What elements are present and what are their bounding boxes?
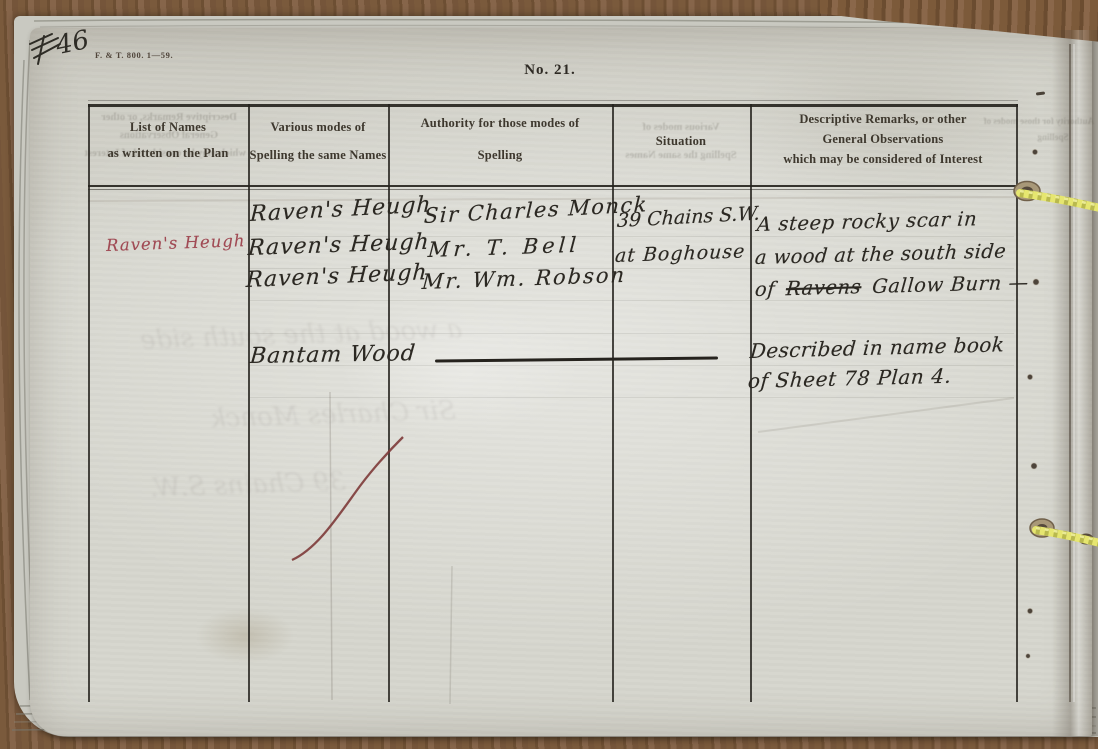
- col-header-names-1: List of Names: [88, 120, 248, 135]
- table-right-border: [1016, 104, 1018, 702]
- col-header-remarks-3: which may be considered of Interest: [750, 152, 1016, 167]
- bleedthrough-text: Spelling: [1020, 132, 1086, 142]
- sheet-number: No. 21.: [440, 62, 660, 79]
- row2-name: Bantam Wood: [249, 341, 417, 369]
- header-rule: [88, 185, 1018, 187]
- col-header-authority-1: Authority for those modes of: [388, 116, 612, 131]
- remarks-word-of: of: [754, 277, 776, 301]
- guide-line: [250, 300, 1014, 301]
- situation-line-2: at Boghouse: [614, 240, 746, 267]
- column-divider-4: [750, 104, 752, 702]
- col-header-names-2: as written on the Plan: [88, 146, 248, 161]
- col-header-remarks-1: Descriptive Remarks, or other: [750, 112, 1016, 127]
- col-header-authority-2: Spelling: [388, 148, 612, 163]
- bleedthrough-text: Authority for those modes of: [1012, 116, 1094, 126]
- bleedthrough-text: Spelling the same Names: [614, 150, 748, 161]
- form-code: F. & T. 800. 1—59.: [95, 50, 173, 60]
- corner-mark: 46: [26, 20, 106, 78]
- col-header-remarks-2: General Observations: [750, 132, 1016, 147]
- col-header-spelling-1: Various modes of: [248, 120, 388, 135]
- col-header-situation: Situation: [612, 134, 750, 149]
- header-rule-thin: [88, 189, 1018, 190]
- table-top-border: [88, 104, 1018, 107]
- remarks-struck-word: Ravens: [785, 275, 862, 300]
- bleedthrough-text: Various modes of: [614, 122, 748, 133]
- guide-line: [250, 333, 1014, 334]
- scanned-name-book-page: F. & T. 800. 1—59. No. 21. 46 List of Na…: [0, 0, 1098, 749]
- table-left-border: [88, 104, 90, 702]
- guide-line: [250, 397, 1014, 398]
- table-top-border-thin: [88, 100, 1018, 101]
- remarks-word-rest: Gallow Burn —: [871, 271, 1029, 298]
- column-divider-1: [248, 104, 250, 702]
- col-header-spelling-2: Spelling the same Names: [248, 148, 388, 163]
